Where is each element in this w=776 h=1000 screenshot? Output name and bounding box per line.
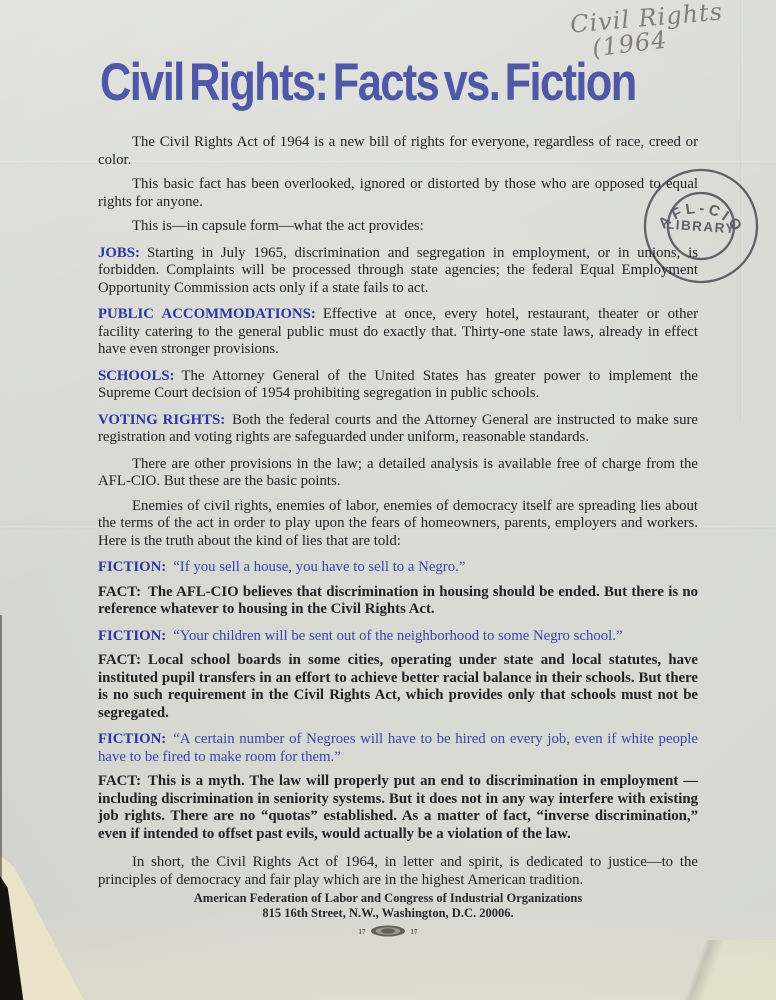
provision-jobs-label: JOBS: [98,245,140,261]
provision-voting-rights: VOTING RIGHTS:Both the federal courts an… [98,412,698,447]
scanned-flyer-page: Civil Rights (1964 Civil Rights: Facts v… [0,0,776,1000]
publisher-footer: American Federation of Labor and Congres… [0,891,776,938]
fiction-1-label: FICTION: [98,559,166,575]
union-printers-bug: 17 17 [0,923,776,938]
publisher-name: American Federation of Labor and Congres… [0,891,776,906]
provision-jobs: JOBS:Starting in July 1965, discriminati… [98,245,698,298]
publisher-address: 815 16th Street, N.W., Washington, D.C. … [0,906,776,921]
fiction-3-label: FICTION: [98,731,166,747]
intro-paragraph-3: This is—in capsule form—what the act pro… [98,218,698,236]
fiction-2-label: FICTION: [98,628,166,644]
corner-crease [606,940,776,1000]
provision-schools-text: The Attorney General of the United State… [98,368,698,402]
page-title: Civil Rights: Facts vs. Fiction [100,57,636,109]
intro-paragraph-1: The Civil Rights Act of 1964 is a new bi… [98,134,698,169]
fact-2-text: Local school boards in some cities, oper… [98,652,698,721]
fact-response-1: FACT:The AFL-CIO believes that discrimin… [98,584,698,619]
fiction-claim-3: FICTION:“A certain number of Negroes wil… [98,731,698,766]
fiction-claim-2: FICTION:“Your children will be sent out … [98,628,698,646]
provision-voting-rights-label: VOTING RIGHTS: [98,412,225,428]
union-bug-left-number: 17 [359,928,367,936]
fact-response-2: FACT:Local school boards in some cities,… [98,652,698,722]
provision-public-accommodations-label: PUBLIC ACCOMMODATIONS: [98,306,316,322]
fact-response-3: FACT:This is a myth. The law will proper… [98,773,698,843]
union-bug-graphic: 17 17 [354,924,422,938]
fiction-2-text: “Your children will be sent out of the n… [173,628,622,644]
provision-jobs-text: Starting in July 1965, discrimination an… [98,245,698,296]
provision-schools: SCHOOLS:The Attorney General of the Unit… [98,368,698,403]
document-body: The Civil Rights Act of 1964 is a new bi… [98,134,698,896]
provision-public-accommodations: PUBLIC ACCOMMODATIONS:Effective at once,… [98,306,698,359]
union-bug-right-number: 17 [411,928,419,936]
scan-background-edge [0,615,2,880]
provision-schools-label: SCHOOLS: [98,368,174,384]
fact-3-label: FACT: [98,773,141,789]
fiction-claim-1: FICTION:“If you sell a house, you have t… [98,559,698,577]
fact-1-text: The AFL-CIO believes that discrimination… [98,584,698,618]
fact-3-text: This is a myth. The law will properly pu… [98,773,698,842]
intro-paragraph-2: This basic fact has been overlooked, ign… [98,176,698,211]
union-bug-oval-core [381,929,395,934]
other-provisions-paragraph: There are other provisions in the law; a… [98,456,698,491]
fact-2-label: FACT: [98,652,141,668]
closing-paragraph: In short, the Civil Rights Act of 1964, … [98,854,698,889]
fact-1-label: FACT: [98,584,141,600]
enemies-paragraph: Enemies of civil rights, enemies of labo… [98,498,698,551]
fiction-1-text: “If you sell a house, you have to sell t… [173,559,465,575]
fiction-3-text: “A certain number of Negroes will have t… [98,731,698,765]
